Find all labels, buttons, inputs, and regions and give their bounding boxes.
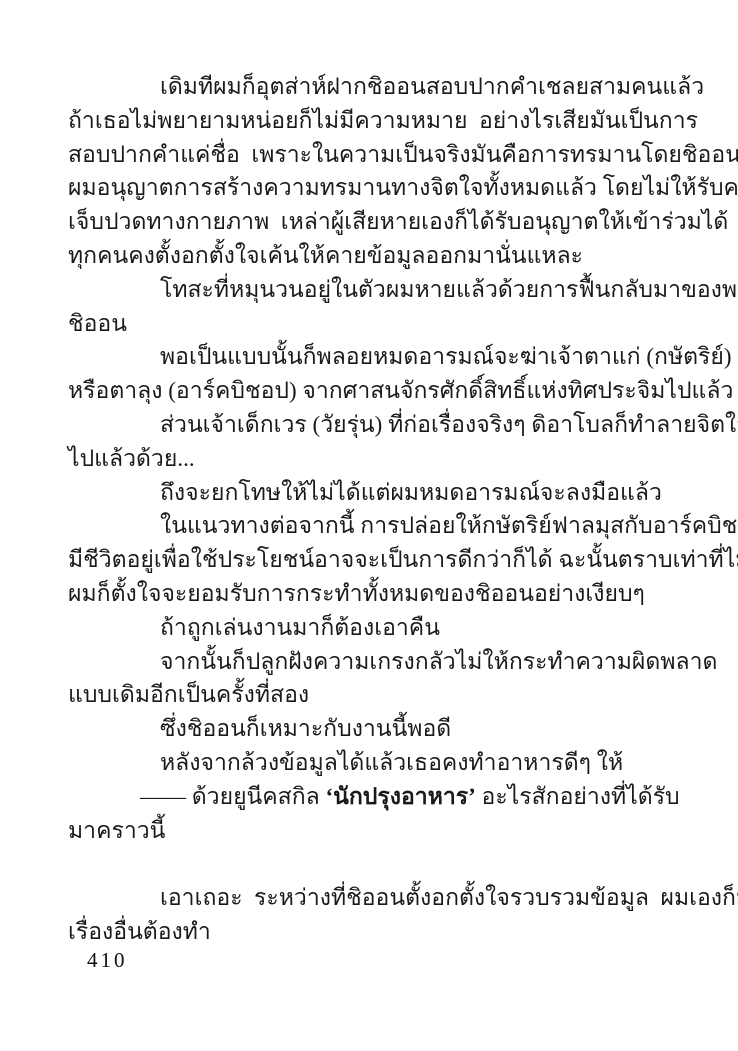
text-line: หรือตาลุง (อาร์คบิชอป) จากศาสนจักรศักดิ์… <box>68 374 674 408</box>
text-line: เอาเถอะ ระหว่างที่ชิออนตั้งอกตั้งใจรวบรว… <box>68 881 674 915</box>
text-line: มาคราวนี้ <box>68 814 674 848</box>
text-block: เดิมทีผมก็อุตส่าห์ฝากชิออนสอบปากคำเชลยสา… <box>68 70 674 949</box>
text-line: แบบเดิมอีกเป็นครั้งที่สอง <box>68 678 674 712</box>
text-line: เดิมทีผมก็อุตส่าห์ฝากชิออนสอบปากคำเชลยสา… <box>68 70 674 104</box>
text-line: มีชีวิตอยู่เพื่อใช้ประโยชน์อาจจะเป็นการด… <box>68 543 674 577</box>
page-number: 410 <box>87 948 128 973</box>
text-line: ไปแล้วด้วย... <box>68 442 674 476</box>
text-line: โทสะที่หมุนวนอยู่ในตัวผมหายแล้วด้วยการฟื… <box>68 273 674 307</box>
text-segment: —— ด้วยยูนีคสกิล <box>140 784 325 809</box>
text-line: พอเป็นแบบนั้นก็พลอยหมดอารมณ์จะฆ่าเจ้าตาแ… <box>68 340 674 374</box>
text-line: สอบปากคำแค่ชื่อ เพราะในความเป็นจริงมันคื… <box>68 138 674 172</box>
text-line: หลังจากล้วงข้อมูลได้แล้วเธอคงทำอาหารดีๆ … <box>68 746 674 780</box>
text-line: ผมอนุญาตการสร้างความทรมานทางจิตใจทั้งหมด… <box>68 171 674 205</box>
text-line: ถึงจะยกโทษให้ไม่ได้แต่ผมหมดอารมณ์จะลงมือ… <box>68 476 674 510</box>
text-line: ผมก็ตั้งใจจะยอมรับการกระทำทั้งหมดของชิออ… <box>68 577 674 611</box>
book-page: เดิมทีผมก็อุตส่าห์ฝากชิออนสอบปากคำเชลยสา… <box>0 0 738 1051</box>
text-line: ส่วนเจ้าเด็กเวร (วัยรุ่น) ที่ก่อเรื่องจร… <box>68 408 674 442</box>
text-line: ทุกคนคงตั้งอกตั้งใจเค้นให้คายข้อมูลออกมา… <box>68 239 674 273</box>
text-line: จากนั้นก็ปลูกฝังความเกรงกลัวไม่ให้กระทำค… <box>68 645 674 679</box>
text-line: ถ้าถูกเล่นงานมาก็ต้องเอาคืน <box>68 611 674 645</box>
text-line: เจ็บปวดทางกายภาพ เหล่าผู้เสียหายเองก็ได้… <box>68 205 674 239</box>
text-line: เรื่องอื่นต้องทำ <box>68 915 674 949</box>
text-segment: อะไรสักอย่างที่ได้รับ <box>476 784 680 809</box>
text-line: ชิออน <box>68 307 674 341</box>
text-line: ถ้าเธอไม่พยายามหน่อยก็ไม่มีความหมาย อย่า… <box>68 104 674 138</box>
text-line: ในแนวทางต่อจากนี้ การปล่อยให้กษัตริย์ฟาล… <box>68 509 674 543</box>
blank-line <box>68 847 674 881</box>
unique-skill-name: ‘นักปรุงอาหาร’ <box>325 784 475 809</box>
text-line: ซึ่งชิออนก็เหมาะกับงานนี้พอดี <box>68 712 674 746</box>
text-line: —— ด้วยยูนีคสกิล ‘นักปรุงอาหาร’ อะไรสักอ… <box>68 780 674 814</box>
